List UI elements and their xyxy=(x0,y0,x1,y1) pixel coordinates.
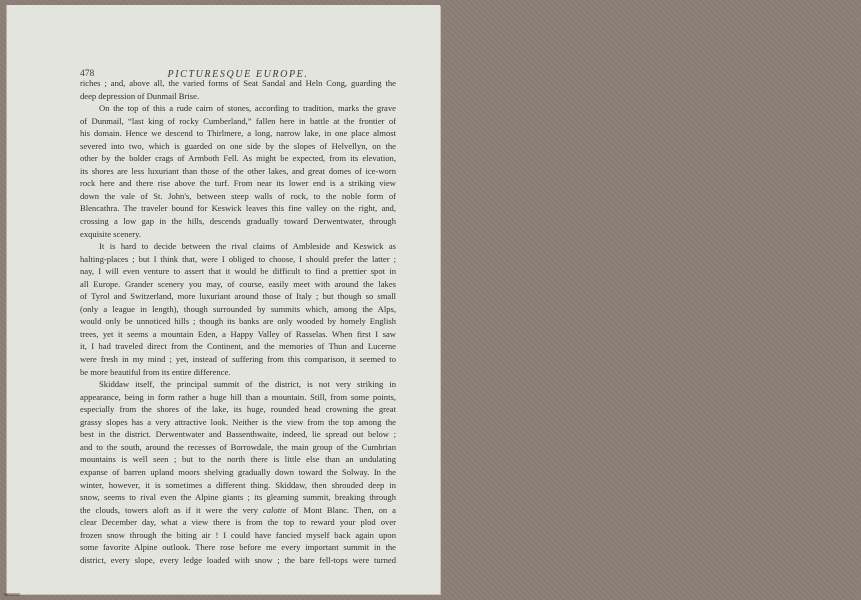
text-line: mountains is well seen ; but to the nort… xyxy=(80,453,396,466)
text-line: were fresh in my mind ; yet, instead of … xyxy=(80,353,396,366)
italic-term: calotte xyxy=(263,505,286,515)
text-line: grassy slopes has a very attractive look… xyxy=(80,416,396,429)
text-line: all Europe. Grander scenery you may, of … xyxy=(80,278,396,291)
text-line: On the top of this a rude cairn of stone… xyxy=(80,102,396,115)
text-line: Skiddaw itself, the principal summit of … xyxy=(80,378,396,391)
text-line: clear December day, what a view there is… xyxy=(80,516,396,529)
text-line: his domain. Hence we descend to Thirlmer… xyxy=(80,127,396,140)
text-line: some favorite Alpine outlook. There rose… xyxy=(80,541,396,554)
text-line: expanse of barren upland moors shelving … xyxy=(80,466,396,479)
text-line: (only a league in length), though surrou… xyxy=(80,303,396,316)
text-line: other by the bolder crags of Armboth Fel… xyxy=(80,152,396,165)
text-line: crossing a low gap in the hills, descend… xyxy=(80,215,396,228)
text-line: Blencathra. The traveler bound for Keswi… xyxy=(80,202,396,215)
text-line: exquisite scenery. xyxy=(80,228,396,241)
text-line: of Tyrol and Switzerland, more luxuriant… xyxy=(80,290,396,303)
text-line: would only be unnoticed hills ; though i… xyxy=(80,315,396,328)
text-line: district, every slope, every ledge loade… xyxy=(80,554,396,567)
body-text: riches ; and, above all, the varied form… xyxy=(80,77,396,566)
text-line: deep depression of Dunmail Brise. xyxy=(80,90,396,103)
text-line: frozen snow through the biting air ! I c… xyxy=(80,529,396,542)
text-line: snow, seems to rival even the Alpine gia… xyxy=(80,491,396,504)
text-line: nay, I will even venture to assert that … xyxy=(80,265,396,278)
text-line: winter, however, it is sometimes a diffe… xyxy=(80,479,396,492)
text-line: halting-places ; but I think that, were … xyxy=(80,253,396,266)
text-line: it, I had traveled direct from the Conti… xyxy=(80,340,396,353)
scan-corner-mark xyxy=(4,593,20,596)
text-line: best in the district. Derwentwater and B… xyxy=(80,428,396,441)
text-line: severed into two, which is guarded on on… xyxy=(80,140,396,153)
text-line: the clouds, towers aloft as if it were t… xyxy=(80,504,396,517)
text-line: appearance, being in form rather a huge … xyxy=(80,391,396,404)
text-line: be more beautiful from its entire differ… xyxy=(80,366,396,379)
text-line: its shores are less luxuriant than those… xyxy=(80,165,396,178)
text-line: and to the south, around the recesses of… xyxy=(80,441,396,454)
text-line: of Dunmail, “last king of rocky Cumberla… xyxy=(80,115,396,128)
text-line: rock here and there rise above the turf.… xyxy=(80,177,396,190)
text-line: trees, yet it seems a mountain Eden, a H… xyxy=(80,328,396,341)
text-line: down the vale of St. John's, between ste… xyxy=(80,190,396,203)
text-line: riches ; and, above all, the varied form… xyxy=(80,77,396,90)
text-line: It is hard to decide between the rival c… xyxy=(80,240,396,253)
book-page: 478 PICTURESQUE EUROPE. riches ; and, ab… xyxy=(7,5,440,594)
text-line: especially from the shores of the lake, … xyxy=(80,403,396,416)
